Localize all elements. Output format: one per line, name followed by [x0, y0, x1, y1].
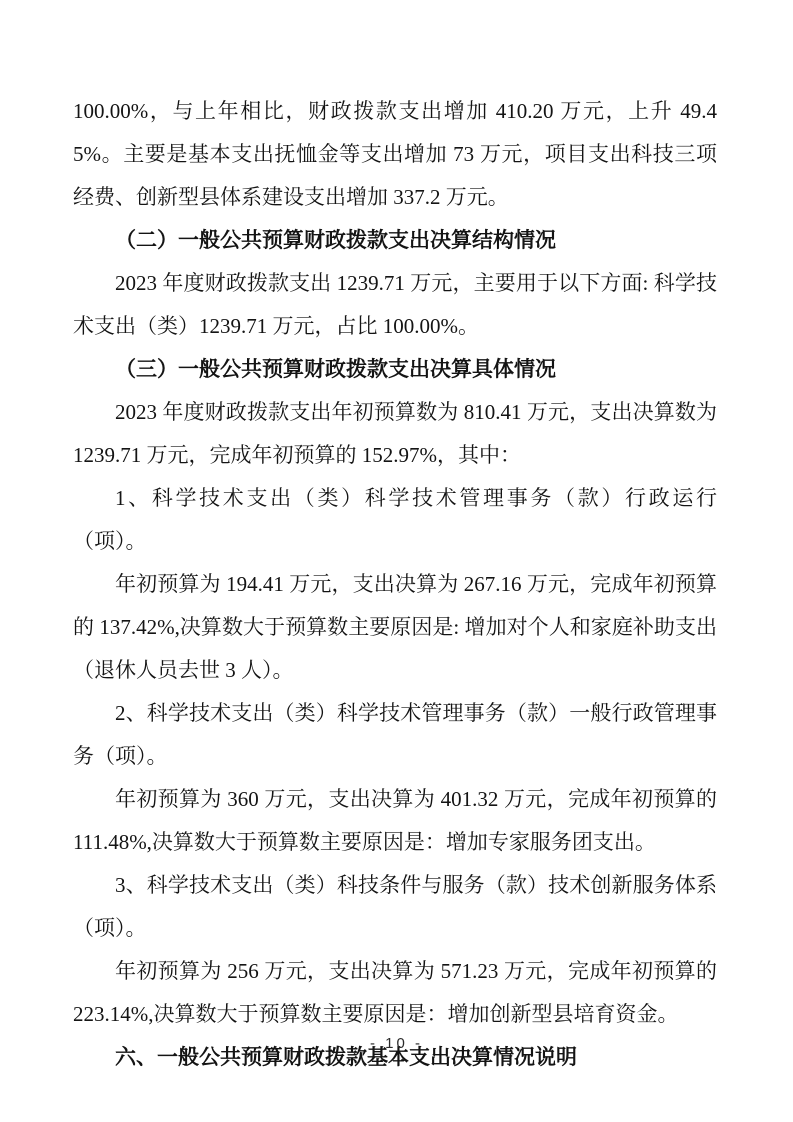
heading-section-2: （二）一般公共预算财政拨款支出决算结构情况 [73, 219, 717, 262]
page-number: - 10 - [0, 1033, 793, 1055]
continued-paragraph: 100.00%，与上年相比，财政拨款支出增加 410.20 万元，上升 49.4… [73, 90, 717, 219]
item-3-detail: 年初预算为 256 万元，支出决算为 571.23 万元，完成年初预算的 223… [73, 950, 717, 1036]
item-2-title: 2、科学技术支出（类）科学技术管理事务（款）一般行政管理事务（项）。 [73, 692, 717, 778]
item-3-title: 3、科学技术支出（类）科技条件与服务（款）技术创新服务体系（项）。 [73, 864, 717, 950]
item-1-title: 1、科学技术支出（类）科学技术管理事务（款）行政运行（项）。 [73, 477, 717, 563]
item-2-detail: 年初预算为 360 万元，支出决算为 401.32 万元，完成年初预算的 111… [73, 778, 717, 864]
item-1-detail: 年初预算为 194.41 万元，支出决算为 267.16 万元，完成年初预算的 … [73, 563, 717, 692]
document-body: 100.00%，与上年相比，财政拨款支出增加 410.20 万元，上升 49.4… [73, 90, 717, 1079]
heading-section-3: （三）一般公共预算财政拨款支出决算具体情况 [73, 348, 717, 391]
paragraph-expenditure-overview: 2023 年度财政拨款支出年初预算数为 810.41 万元，支出决算数为 123… [73, 391, 717, 477]
paragraph-expenditure-structure: 2023 年度财政拨款支出 1239.71 万元，主要用于以下方面: 科学技术支… [73, 262, 717, 348]
document-page: 100.00%，与上年相比，财政拨款支出增加 410.20 万元，上升 49.4… [0, 0, 793, 1122]
